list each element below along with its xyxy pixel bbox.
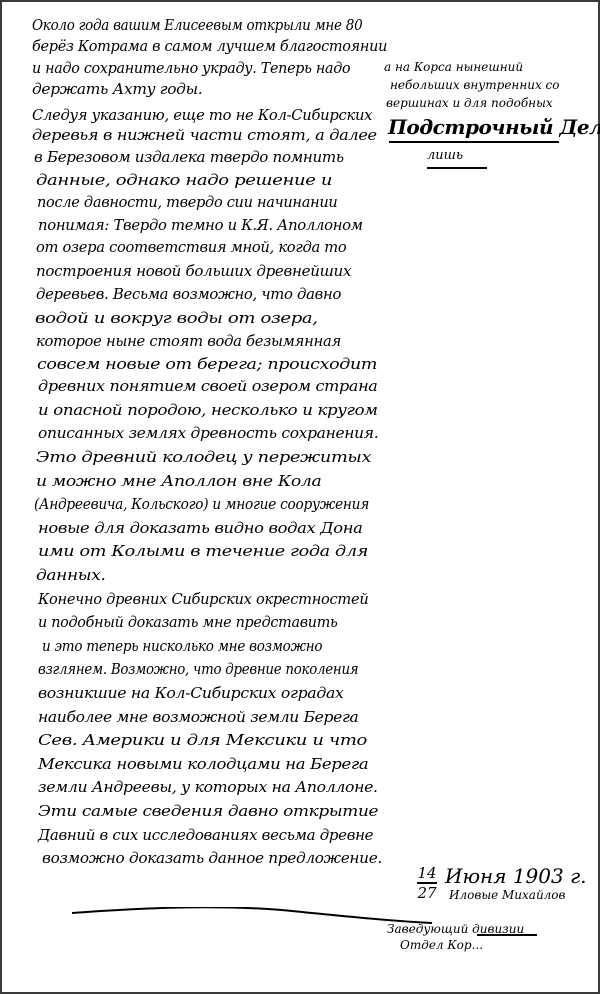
margin-underline [389, 141, 559, 143]
manuscript-line: и подобный доказать мне представить [38, 613, 338, 631]
manuscript-line: совсем новые от берега; происходит [37, 355, 377, 373]
manuscript-line: от озера соответствия мной, когда то [36, 238, 346, 256]
manuscript-line: и можно мне Аполлон вне Кола [36, 472, 321, 490]
manuscript-line: и это теперь нисколько мне возможно [42, 637, 322, 655]
manuscript-line: и надо сохранительно украду. Теперь надо [32, 59, 350, 77]
manuscript-line: Мексика новыми колодцами на Берега [38, 755, 368, 773]
manuscript-line: Эти самые сведения давно открытие [38, 802, 378, 820]
manuscript-line: возникшие на Кол-Сибирских оградах [38, 684, 344, 702]
manuscript-line: земли Андреевы, у которых на Аполлоне. [38, 778, 378, 796]
manuscript-line: наиболее мне возможной земли Берега [38, 708, 358, 726]
manuscript-line: держать Ахту годы. [32, 80, 202, 98]
manuscript-line: данные, однако надо решение и [36, 171, 332, 189]
manuscript-line: описанных землях древность сохранения. [38, 424, 378, 442]
manuscript-line: Это древний колодец у пережитых [36, 448, 371, 466]
manuscript-line: Следуя указанию, еще то не Кол-Сибирских [32, 106, 372, 124]
margin-note-heading: Подстрочный Делов [388, 115, 600, 139]
manuscript-line: древних понятием своей озером страна [38, 377, 378, 395]
signature-line: Отдел Кор... [400, 938, 483, 952]
manuscript-line: понимая: Твердо темно и К.Я. Аполлоном [38, 216, 363, 234]
manuscript-page: Около года вашим Елисеевым открыли мне 8… [0, 0, 600, 994]
manuscript-line: ими от Колыми в течение года для [38, 542, 368, 560]
margin-note-line: небольших внутренних со [390, 78, 559, 92]
manuscript-line: Конечно древних Сибирских окрестностей [38, 590, 368, 608]
date-fraction: 14 27 [417, 864, 437, 902]
margin-note-sub: лишь [427, 148, 463, 163]
margin-underline [427, 167, 487, 169]
closing-stroke [72, 907, 432, 927]
manuscript-line: которое ныне стоят вода безымянная [36, 332, 341, 350]
manuscript-line: и опасной породою, несколько и кругом [38, 401, 378, 419]
manuscript-line: Давний в сих исследованиях весьма древне [38, 826, 373, 844]
manuscript-line: новые для доказать видно водах Дона [38, 519, 363, 537]
margin-note-line: вершинах и для подобных [386, 96, 553, 110]
signature-underline [477, 934, 537, 936]
manuscript-line: деревьев. Весьма возможно, что давно [36, 285, 341, 303]
manuscript-line: возможно доказать данное предложение. [42, 849, 382, 867]
manuscript-line: водой и вокруг воды от озера, [35, 309, 318, 327]
date-month-year: Июня 1903 г. [445, 864, 587, 888]
manuscript-line: Сев. Америки и для Мексики и что [38, 731, 367, 749]
manuscript-line: деревья в нижней части стоят, а далее [32, 126, 377, 144]
manuscript-line: берёз Котрама в самом лучшем благостояни… [32, 37, 387, 55]
manuscript-line: построения новой больших древнейших [36, 262, 351, 280]
manuscript-line: данных. [36, 566, 106, 584]
manuscript-line: после давности, твердо сии начинании [37, 193, 337, 211]
date-place: Иловые Михайлов [449, 888, 566, 902]
date-day-old-style: 14 [417, 864, 437, 884]
manuscript-line: в Березовом издалека твердо помнить [34, 148, 344, 166]
margin-note-line: а на Корса нынешний [384, 60, 523, 74]
manuscript-line: (Андреевича, Кольского) и многие сооруже… [34, 495, 369, 513]
date-day-new-style: 27 [417, 884, 437, 902]
manuscript-line: взглянем. Возможно, что древние поколени… [38, 660, 358, 678]
manuscript-line: Около года вашим Елисеевым открыли мне 8… [32, 16, 362, 34]
